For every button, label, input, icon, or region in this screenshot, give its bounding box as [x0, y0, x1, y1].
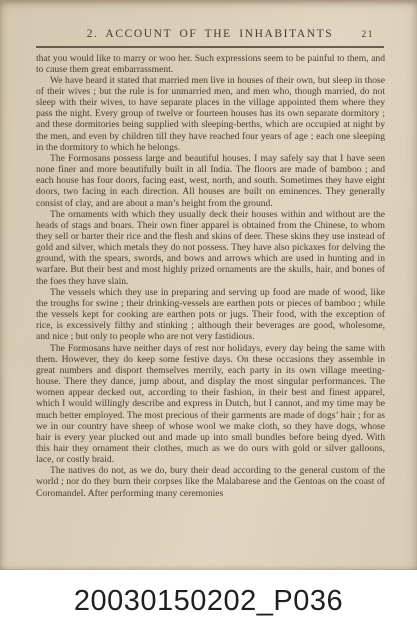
scanned-book-page: 2. ACCOUNT OF THE INHABITANTS 21 that yo…	[0, 0, 417, 570]
header-rule	[36, 46, 384, 48]
page-number: 21	[362, 30, 375, 40]
body-paragraph: The Formosans possess large and beautifu…	[36, 153, 385, 209]
body-paragraph: that you would like to marry or woo her.…	[36, 53, 385, 75]
screenshot-root: 2. ACCOUNT OF THE INHABITANTS 21 that yo…	[0, 0, 417, 640]
body-paragraph: The vessels which they use in preparing …	[36, 287, 385, 343]
page-header: 2. ACCOUNT OF THE INHABITANTS 21	[36, 28, 384, 41]
body-paragraph: The natives do not, as we do, bury their…	[36, 465, 385, 498]
page-body-text: that you would like to marry or woo her.…	[36, 53, 385, 499]
body-paragraph: The Formosans have neither days of rest …	[36, 343, 385, 466]
chapter-title: 2. ACCOUNT OF THE INHABITANTS	[36, 28, 384, 40]
archive-footer: 20030150202_P036	[0, 570, 417, 640]
body-paragraph: The ornaments with which they usually de…	[36, 209, 385, 287]
body-paragraph: We have heard it stated that married men…	[36, 75, 385, 153]
archive-identifier: 20030150202_P036	[74, 585, 343, 618]
